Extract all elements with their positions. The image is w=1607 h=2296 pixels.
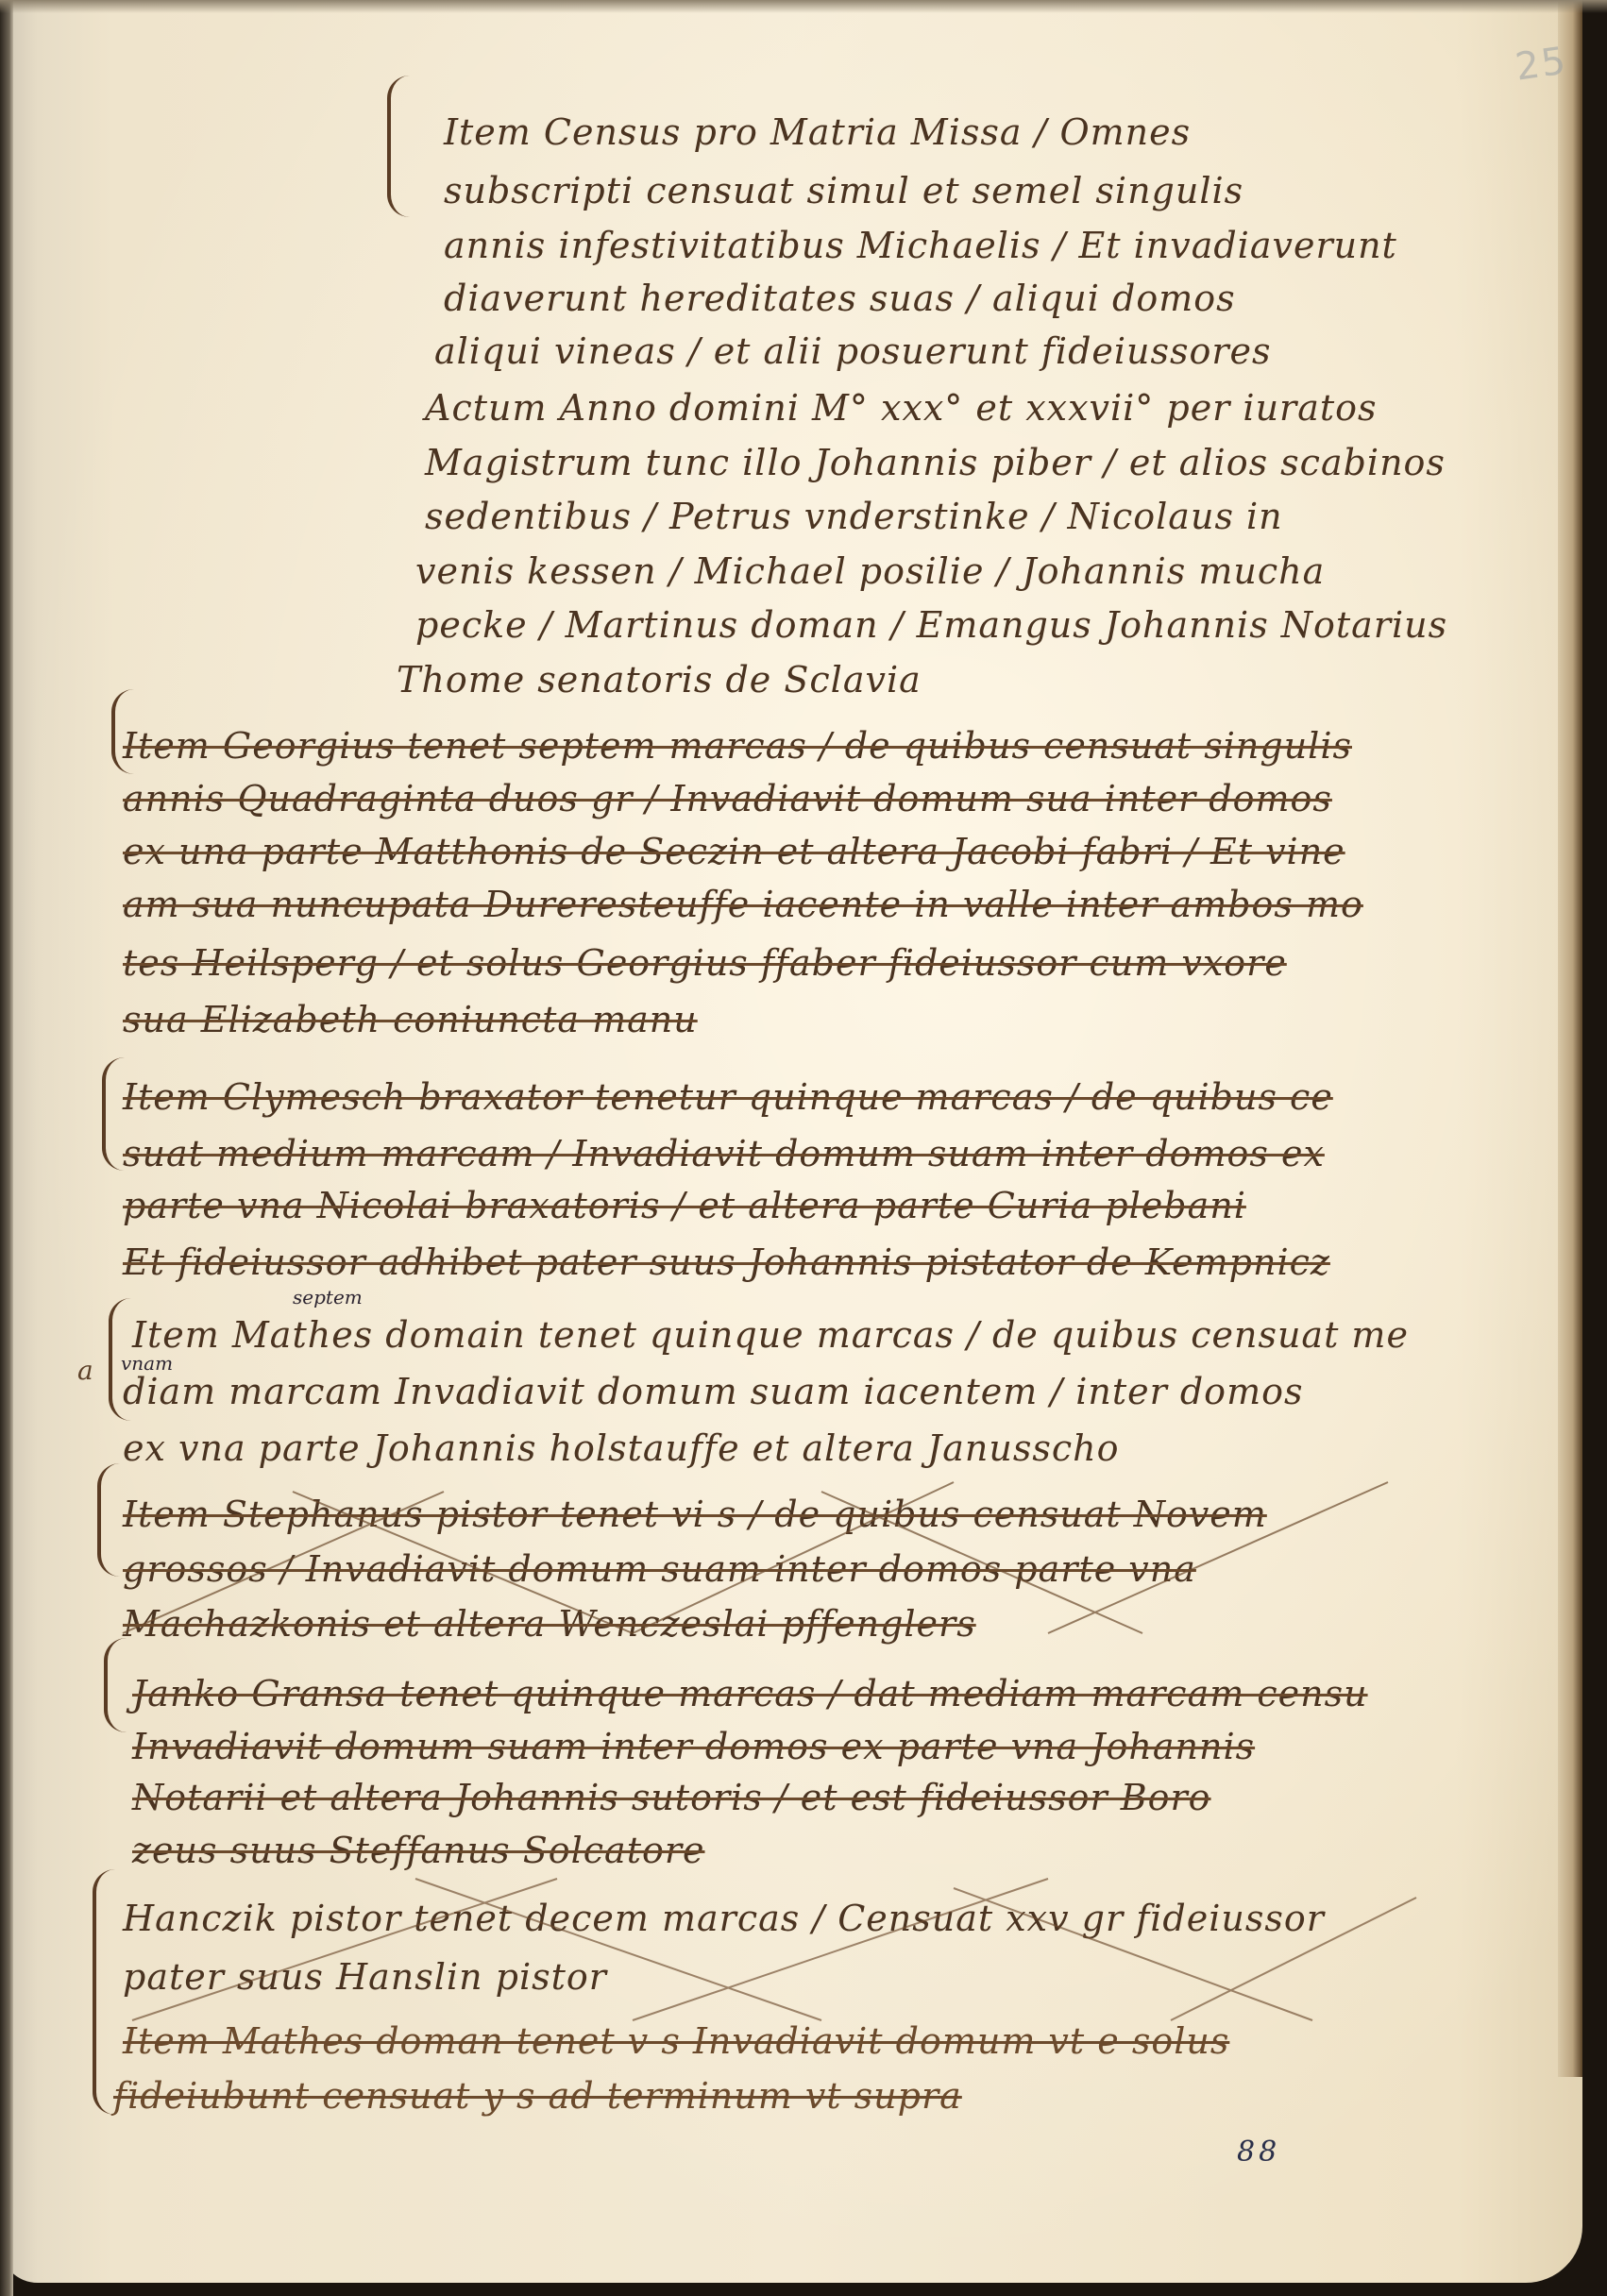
page-stamp-number: 88 — [1237, 2136, 1280, 2169]
text-line: pater suus Hanslin pistor — [123, 1956, 607, 1998]
text-line: Item Mathes doman tenet v s Invadiavit d… — [123, 2020, 1229, 2062]
text-line: Et fideiussor adhibet pater suus Johanni… — [123, 1241, 1330, 1283]
top-edge-shadow — [0, 0, 1607, 13]
text-line: Thome senatoris de Sclavia — [397, 659, 922, 701]
text-line: diaverunt hereditates suas / aliqui domo… — [444, 278, 1236, 319]
text-line: Item Georgius tenet septem marcas / de q… — [123, 725, 1352, 767]
text-line: Hanczik pistor tenet decem marcas / Cens… — [123, 1898, 1325, 1939]
text-line: Notarii et altera Johannis sutoris / et … — [132, 1777, 1211, 1818]
margin-note: a — [77, 1355, 93, 1386]
text-line: am sua nuncupata Dureresteuffe iacente i… — [123, 884, 1363, 925]
text-line: Janko Gransa tenet quinque marcas / dat … — [132, 1673, 1368, 1714]
text-line: Actum Anno domini M° xxx° et xxxvii° per… — [425, 387, 1378, 429]
text-line: sedentibus / Petrus vnderstinke / Nicola… — [425, 496, 1283, 537]
paragraph-mark — [93, 1869, 115, 2115]
text-line: Machazkonis et altera Wenczeslai pffengl… — [123, 1603, 976, 1645]
paragraph-mark — [102, 1057, 125, 1171]
interlinear-insertion: septem — [293, 1286, 363, 1308]
text-line: suat medium marcam / Invadiavit domum su… — [123, 1133, 1325, 1174]
text-line: annis infestivitatibus Michaelis / Et in… — [444, 225, 1397, 266]
text-line: venis kessen / Michael posilie / Johanni… — [415, 550, 1325, 592]
cancellation-cross — [104, 1869, 1426, 2030]
text-line: pecke / Martinus doman / Emangus Johanni… — [415, 604, 1447, 646]
text-line: Item Census pro Matria Missa / Omnes — [444, 111, 1191, 153]
text-line: sua Elizabeth coniuncta manu — [123, 999, 698, 1040]
text-line: diam marcam Invadiavit domum suam iacent… — [123, 1371, 1303, 1412]
text-line: Magistrum tunc illo Johannis piber / et … — [425, 442, 1446, 483]
folio-number: 25 — [1513, 39, 1570, 89]
text-line: parte vna Nicolai braxatoris / et altera… — [123, 1185, 1246, 1226]
paragraph-mark — [387, 76, 410, 217]
text-line: Item Mathes domain tenet quinque marcas … — [132, 1314, 1409, 1356]
text-line: tes Heilsperg / et solus Georgius ffaber… — [123, 942, 1287, 984]
text-line: fideiubunt censuat y s ad terminum vt su… — [113, 2075, 962, 2117]
text-line: ex una parte Matthonis de Seczin et alte… — [123, 831, 1345, 872]
manuscript-page: 25 a 88 Item Census pro Matria Missa / O… — [0, 0, 1582, 2283]
paragraph-mark — [97, 1463, 120, 1577]
text-line: Item Clymesch braxator tenetur quinque m… — [123, 1076, 1333, 1118]
text-line: subscripti censuat simul et semel singul… — [444, 170, 1243, 211]
text-line: zeus suus Steffanus Solcatore — [132, 1830, 705, 1871]
text-line: aliqui vineas / et alii posuerunt fideiu… — [434, 330, 1272, 372]
text-line: Item Stephanus pistor tenet vi s / de qu… — [123, 1494, 1267, 1535]
binding-gutter — [0, 0, 13, 2296]
paragraph-mark — [104, 1638, 127, 1732]
text-line: Invadiavit domum suam inter domos ex par… — [132, 1726, 1255, 1767]
page-edge — [1558, 0, 1582, 2077]
text-line: annis Quadraginta duos gr / Invadiavit d… — [123, 778, 1332, 819]
text-line: ex vna parte Johannis holstauffe et alte… — [123, 1427, 1119, 1469]
text-line: grossos / Invadiavit domum suam inter do… — [123, 1548, 1196, 1590]
